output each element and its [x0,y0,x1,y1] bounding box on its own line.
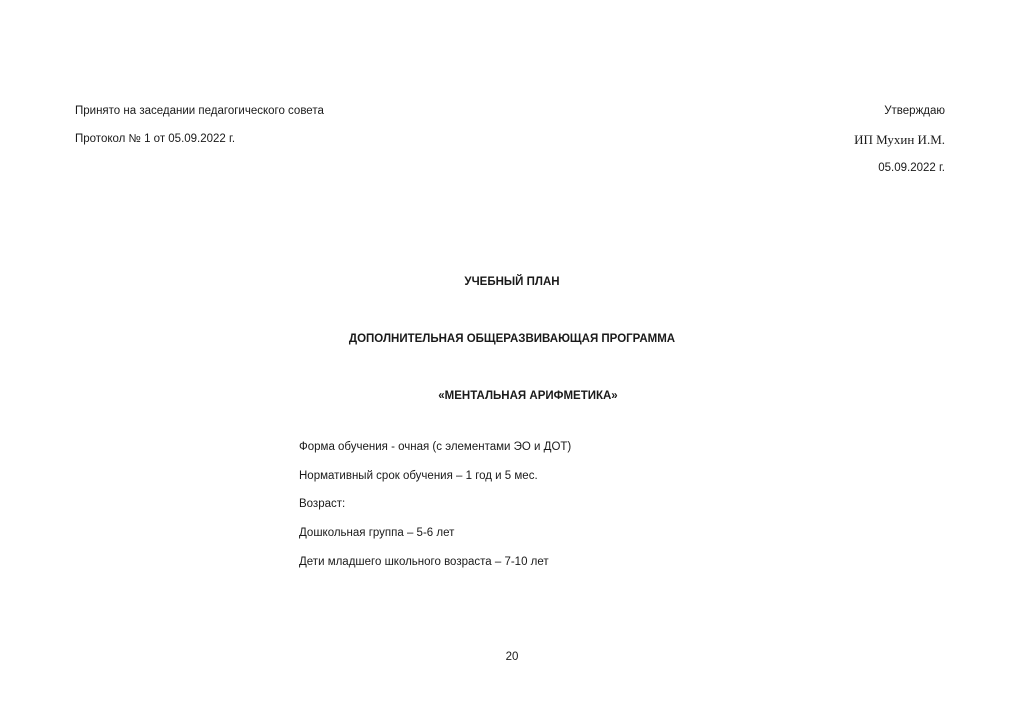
accepted-by-council: Принято на заседании педагогического сов… [75,105,324,117]
program-name-title: «МЕНТАЛЬНАЯ АРИФМЕТИКА» [16,390,1024,402]
approver-name: ИП Мухин И.М. [854,132,945,148]
program-type-title: ДОПОЛНИТЕЛЬНАЯ ОБЩЕРАЗВИВАЮЩАЯ ПРОГРАММА [0,333,1024,345]
page-number: 20 [0,651,1024,663]
document-title: УЧЕБНЫЙ ПЛАН [0,276,1024,288]
school-age-group: Дети младшего школьного возраста – 7-10 … [299,556,549,568]
preschool-group: Дошкольная группа – 5-6 лет [299,527,454,539]
approval-date-suffix: г. [936,162,945,174]
age-label: Возраст: [299,498,345,510]
approve-label: Утверждаю [884,105,945,117]
protocol-line: Протокол № 1 от 05.09.2022 г. [75,133,235,145]
study-form: Форма обучения - очная (с элементами ЭО … [299,441,571,453]
approval-date: 05.09.2022 г. [878,162,945,174]
study-duration: Нормативный срок обучения – 1 год и 5 ме… [299,470,538,482]
approval-date-value: 05.09.2022 [878,162,936,174]
